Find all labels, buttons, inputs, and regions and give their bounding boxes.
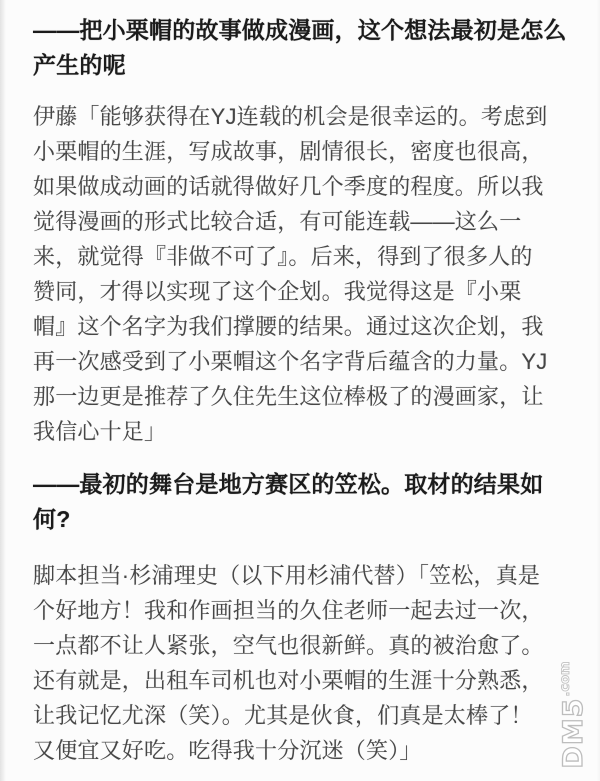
interview-answer-1: 伊藤「能够获得在YJ连载的机会是很幸运的。考虑到 小栗帽的生涯，写成故事，剧情很… (33, 99, 568, 449)
interview-question-1: ——把小栗帽的故事做成漫画，这个想法最初是怎么 产生的呢 (33, 13, 568, 83)
article-page: ——把小栗帽的故事做成漫画，这个想法最初是怎么 产生的呢 伊藤「能够获得在YJ连… (0, 0, 600, 781)
interview-question-2: ——最初的舞台是地方赛区的笠松。取材的结果如 何? (33, 467, 568, 537)
interview-article: ——把小栗帽的故事做成漫画，这个想法最初是怎么 产生的呢 伊藤「能够获得在YJ连… (0, 0, 600, 768)
interview-answer-2: 脚本担当·杉浦理史（以下用杉浦代替）「笠松，真是 个好地方！我和作画担当的久住老… (33, 558, 568, 768)
